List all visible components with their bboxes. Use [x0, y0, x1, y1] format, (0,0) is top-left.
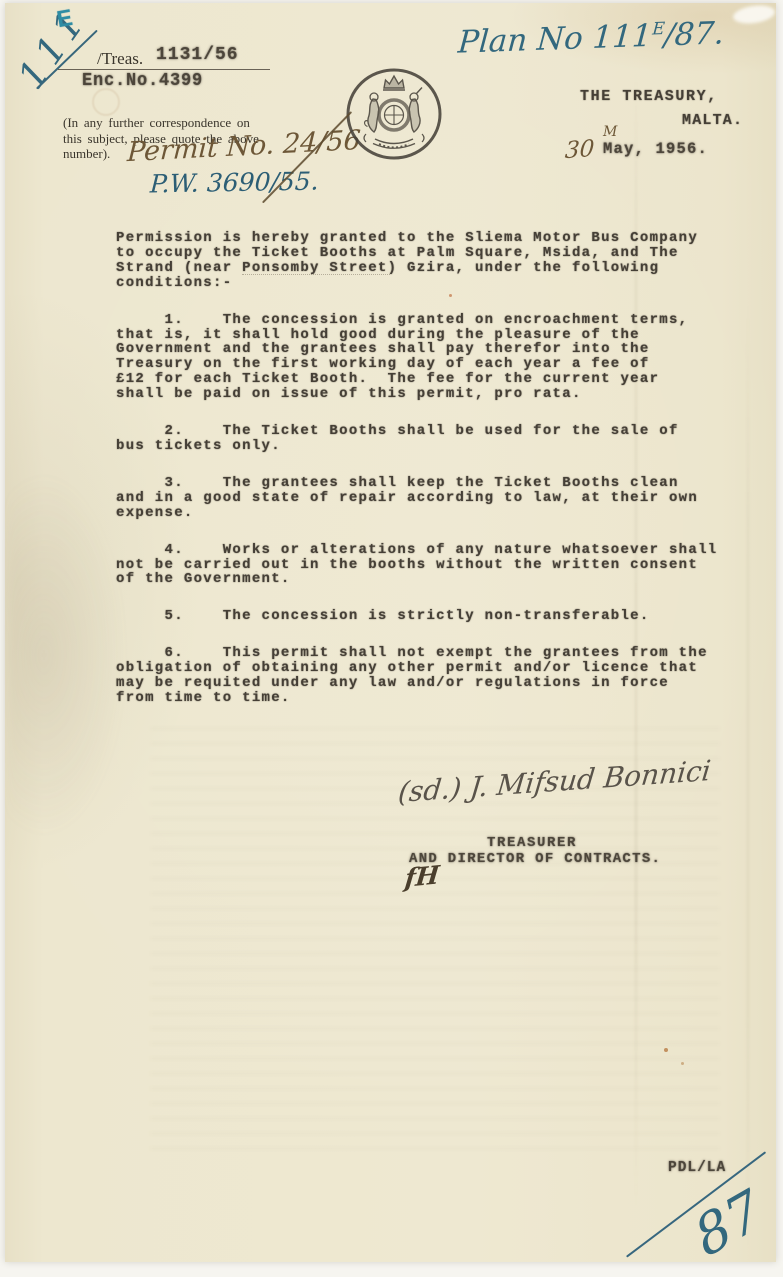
condition-1: 1. The concession is granted on encroach… [116, 313, 717, 402]
vertical-crease-right [747, 300, 749, 1250]
date-month-annotation: M [603, 124, 617, 140]
treas-ref-number: 1131/56 [156, 45, 239, 65]
clerk-initials-handwritten: fH [404, 860, 441, 893]
date-day-handwritten: 30 [564, 136, 595, 164]
condition-4: 4. Works or alterations of any nature wh… [116, 543, 717, 588]
ref-underline [58, 69, 270, 70]
enclosure-stamp: Enc.No.4399 [82, 71, 203, 91]
condition-6: 6. This permit shall not exempt the gran… [116, 646, 717, 706]
office-name-line2: MALTA. [682, 112, 743, 129]
scanned-letter: 111 E /Treas. 1131/56 Enc.No.4399 (In an… [0, 0, 783, 1277]
condition-5: 5. The concession is strictly non-transf… [116, 609, 717, 624]
intro-paragraph: Permission is hereby granted to the Slie… [116, 231, 717, 291]
date-typed: May, 1956. [603, 140, 708, 158]
office-name-line1: THE TREASURY, [580, 88, 718, 105]
signatory-title-line1: TREASURER [487, 835, 577, 851]
royal-crest-stamp [343, 64, 445, 169]
rust-spot [664, 1048, 668, 1052]
treas-ref-label: /Treas. [97, 49, 143, 69]
condition-3: 3. The grantees shall keep the Ticket Bo… [116, 476, 717, 521]
signatory-title-line2: AND DIRECTOR OF CONTRACTS. [409, 851, 661, 867]
royal-coat-of-arms-icon [343, 64, 445, 164]
rust-spot [681, 1062, 684, 1065]
letter-body: Permission is hereby granted to the Slie… [116, 231, 717, 728]
condition-2: 2. The Ticket Booths shall be used for t… [116, 424, 717, 454]
faint-underline [242, 274, 390, 275]
smudge-left-edge [8, 470, 128, 840]
footer-ref: PDL/LA [668, 1160, 726, 1176]
